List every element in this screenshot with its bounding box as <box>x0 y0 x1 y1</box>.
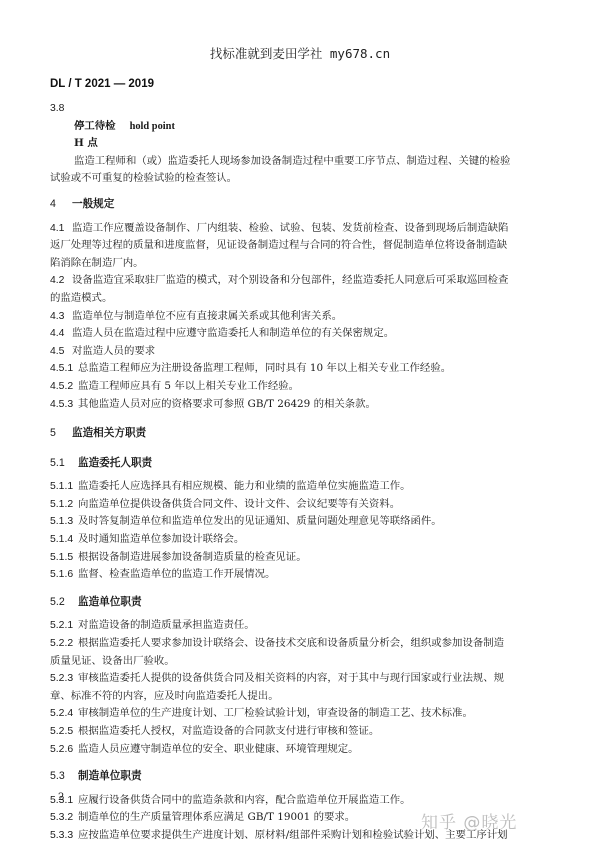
watermark-header: 找标准就到麦田学社 my678.cn <box>0 44 600 62</box>
clause-5-1-5: 5.1.5根据设备制造进展参加设备制造质量的检查见证。 <box>50 549 550 567</box>
clause-4-5-3: 4.5.3其他监造人员对应的资格要求可参照 GB/T 26429 的相关条款。 <box>50 396 550 414</box>
term-heading: 停工待检hold point <box>50 118 550 136</box>
clause-5-1-3: 5.1.3及时答复制造单位和监造单位发出的见证通知、质量问题处理意见等联络函件。 <box>50 513 550 531</box>
section-heading-5: 5监造相关方职责 <box>50 425 550 443</box>
section-heading-5-1: 5.1监造委托人职责 <box>50 455 550 473</box>
clause-5-1-4: 5.1.4及时通知监造单位参加设计联络会。 <box>50 531 550 549</box>
clause-5-3-1: 5.3.1应履行设备供货合同中的监造条款和内容，配合监造单位开展监造工作。 <box>50 792 550 810</box>
watermark-footer: 知乎 @晓光 <box>421 808 517 833</box>
clause-4-2: 4.2设备监造宜采取驻厂监造的模式，对个别设备和分包部件，经监造委托人同意后可采… <box>50 272 550 307</box>
clause-5-2-2: 5.2.2根据监造委托人要求参加设计联络会、设备技术交底和设备质量分析会，组织或… <box>50 635 550 670</box>
clause-5-2-6: 5.2.6监造人员应遵守制造单位的安全、职业健康、环境管理规定。 <box>50 741 550 759</box>
clause-5-1-1: 5.1.1监造委托人应选择具有相应规模、能力和业绩的监造单位实施监造工作。 <box>50 478 550 496</box>
page-content: 3.8 停工待检hold point H 点 监造工程师和（或）监造委托人现场参… <box>50 100 550 845</box>
term-alias: H 点 <box>50 135 550 153</box>
section-heading-5-3: 5.3制造单位职责 <box>50 768 550 786</box>
clause-5-1-6: 5.1.6监督、检查监造单位的监造工作开展情况。 <box>50 566 550 584</box>
page-number: 2 <box>58 792 64 803</box>
clause-4-1: 4.1监造工作应覆盖设备制作、厂内组装、检验、试验、包装、发货前检查、设备到现场… <box>50 220 550 273</box>
term-english: hold point <box>130 121 175 132</box>
clause-4-5-1: 4.5.1总监造工程师应为注册设备监理工程师，同时具有 10 年以上相关专业工作… <box>50 360 550 378</box>
document-code: DL / T 2021 — 2019 <box>50 78 154 90</box>
term-chinese: 停工待检 <box>74 120 116 132</box>
clause-5-2-5: 5.2.5根据监造委托人授权，对监造设备的合同款支付进行审核和签证。 <box>50 723 550 741</box>
clause-4-3: 4.3监造单位与制造单位不应有直接隶属关系或其他利害关系。 <box>50 308 550 326</box>
clause-number-3-8: 3.8 <box>50 100 550 118</box>
section-heading-4: 4一般规定 <box>50 196 550 214</box>
clause-5-1-2: 5.1.2向监造单位提供设备供货合同文件、设计文件、会议纪要等有关资料。 <box>50 496 550 514</box>
section-heading-5-2: 5.2监造单位职责 <box>50 594 550 612</box>
clause-5-2-4: 5.2.4审核制造单位的生产进度计划、工厂检验试验计划，审查设备的制造工艺、技术… <box>50 705 550 723</box>
clause-4-4: 4.4监造人员在监造过程中应遵守监造委托人和制造单位的有关保密规定。 <box>50 325 550 343</box>
clause-4-5-2: 4.5.2监造工程师应具有 5 年以上相关专业工作经验。 <box>50 378 550 396</box>
term-definition-line: 监造工程师和（或）监造委托人现场参加设备制造过程中重要工序节点、制造过程、关键的… <box>50 153 550 171</box>
term-definition-line: 试验或不可重复的检验试验的检查签认。 <box>50 170 550 188</box>
clause-5-2-1: 5.2.1对监造设备的制造质量承担监造责任。 <box>50 617 550 635</box>
clause-4-5: 4.5对监造人员的要求 <box>50 343 550 361</box>
clause-5-2-3: 5.2.3审核监造委托人提供的设备供货合同及相关资料的内容，对于其中与现行国家或… <box>50 670 550 705</box>
